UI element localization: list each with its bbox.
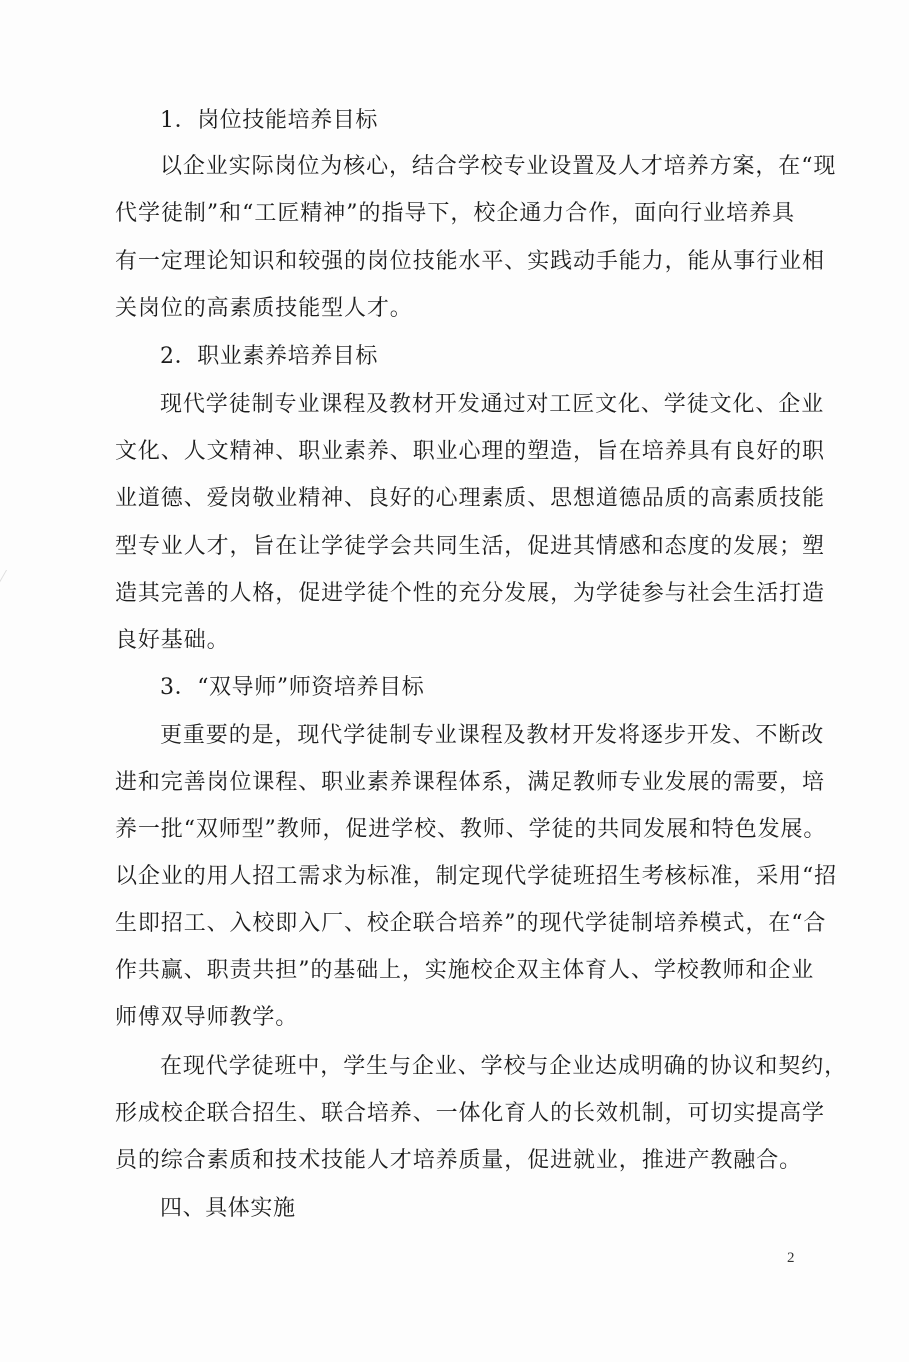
paragraph-line: 代学徒制”和“工匠精神”的指导下，校企通力合作，面向行业培养具 [115,199,795,229]
section-heading-4: 四、具体实施 [160,1194,296,1224]
paragraph-line: 以企业实际岗位为核心，结合学校专业设置及人才培养方案，在“现 [160,152,795,182]
paragraph-line: 业道德、爱岗敬业精神、良好的心理素质、思想道德品质的高素质技能 [115,484,795,514]
paragraph-line: 现代学徒制专业课程及教材开发通过对工匠文化、学徒文化、企业 [160,390,795,420]
page-number: 2 [787,1250,795,1267]
section-heading-2: 2．职业素养培养目标 [160,342,378,372]
paragraph-line: 型专业人才，旨在让学徒学会共同生活，促进其情感和态度的发展；塑 [115,532,795,562]
paragraph-line: 形成校企联合招生、联合培养、一体化育人的长效机制，可切实提高学 [115,1099,795,1129]
paragraph-line: 养一批“双师型”教师，促进学校、教师、学徒的共同发展和特色发展。 [115,815,795,845]
paragraph-line: 员的综合素质和技术技能人才培养质量，促进就业，推进产教融合。 [115,1146,795,1176]
paragraph-line: 文化、人文精神、职业素养、职业心理的塑造，旨在培养具有良好的职 [115,437,795,467]
paragraph-line: 有一定理论知识和较强的岗位技能水平、实践动手能力，能从事行业相 [115,247,795,277]
scan-artifact [0,570,17,584]
section-heading-3: 3．“双导师”师资培养目标 [160,673,424,703]
paragraph-line: 生即招工、入校即入厂、校企联合培养”的现代学徒制培养模式，在“合 [115,909,795,939]
section-heading-1: 1．岗位技能培养目标 [160,106,378,136]
paragraph-line: 关岗位的高素质技能型人才。 [115,294,795,324]
document-page: 1．岗位技能培养目标 以企业实际岗位为核心，结合学校专业设置及人才培养方案，在“… [0,0,909,1362]
paragraph-line: 师傅双导师教学。 [115,1003,795,1033]
paragraph-line: 以企业的用人招工需求为标准，制定现代学徒班招生考核标准，采用“招 [115,862,795,892]
paragraph-line: 进和完善岗位课程、职业素养课程体系，满足教师专业发展的需要，培 [115,768,795,798]
paragraph-line: 造其完善的人格，促进学徒个性的充分发展，为学徒参与社会生活打造 [115,579,795,609]
paragraph-line: 良好基础。 [115,626,795,656]
paragraph-line: 更重要的是，现代学徒制专业课程及教材开发将逐步开发、不断改 [160,721,795,751]
paragraph-line: 在现代学徒班中，学生与企业、学校与企业达成明确的协议和契约， [160,1052,795,1082]
paragraph-line: 作共赢、职责共担”的基础上，实施校企双主体育人、学校教师和企业 [115,956,795,986]
